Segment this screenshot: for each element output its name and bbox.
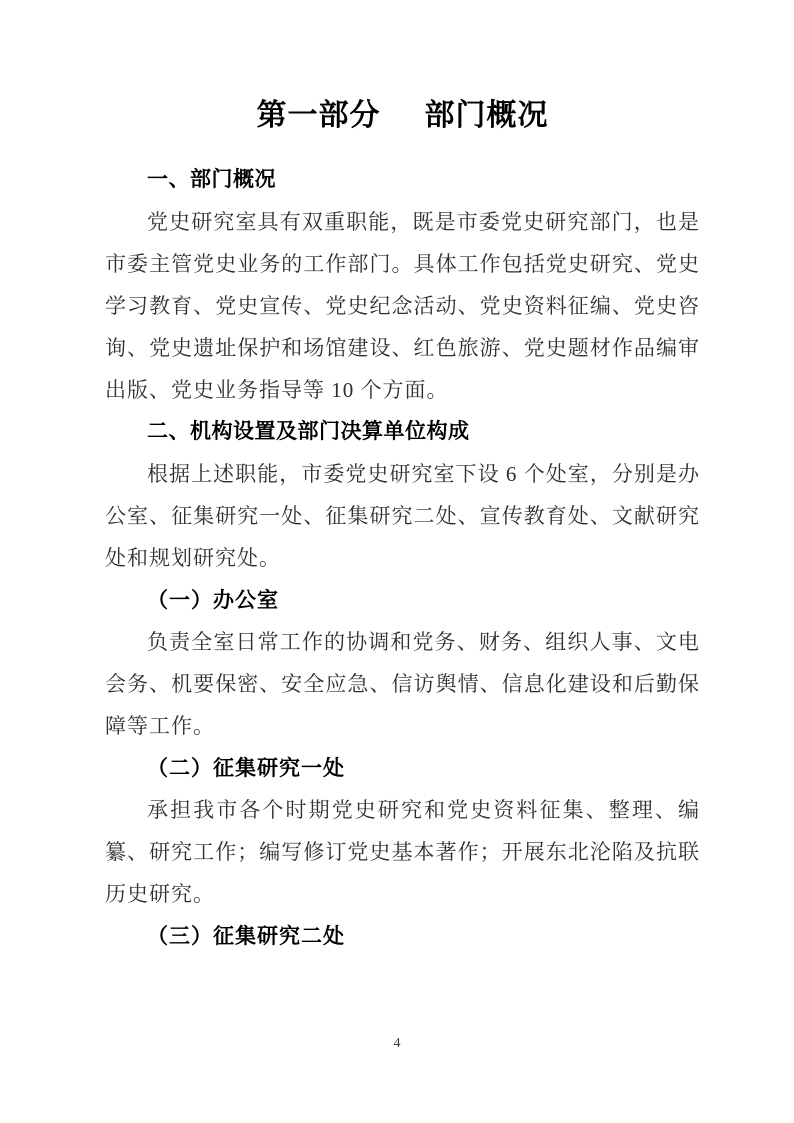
- section-heading-structure: 二、机构设置及部门决算单位构成: [105, 411, 700, 453]
- document-page: 第一部分 部门概况 一、部门概况 党史研究室具有双重职能，既是市委党史研究部门，…: [0, 0, 794, 1123]
- section-heading-overview: 一、部门概况: [105, 159, 700, 201]
- page-content: 第一部分 部门概况 一、部门概况 党史研究室具有双重职能，既是市委党史研究部门，…: [0, 0, 794, 957]
- paragraph-structure: 根据上述职能，市委党史研究室下设 6 个处室，分别是办公室、征集研究一处、征集研…: [105, 453, 700, 579]
- subsection-heading-research-division-1: （二）征集研究一处: [105, 747, 700, 789]
- paragraph-overview: 党史研究室具有双重职能，既是市委党史研究部门，也是市委主管党史业务的工作部门。具…: [105, 201, 700, 411]
- paragraph-research-division-1: 承担我市各个时期党史研究和党史资料征集、整理、编纂、研究工作；编写修订党史基本著…: [105, 789, 700, 915]
- paragraph-general-office: 负责全室日常工作的协调和党务、财务、组织人事、文电会务、机要保密、安全应急、信访…: [105, 621, 700, 747]
- subsection-heading-research-division-2: （三）征集研究二处: [105, 915, 700, 957]
- document-title-part-1: 第一部分: [257, 96, 381, 135]
- subsection-heading-general-office: （一）办公室: [105, 579, 700, 621]
- document-title-part-2: 部门概况: [425, 96, 549, 135]
- page-number: 4: [0, 1036, 794, 1052]
- document-title: 第一部分 部门概况: [105, 96, 700, 135]
